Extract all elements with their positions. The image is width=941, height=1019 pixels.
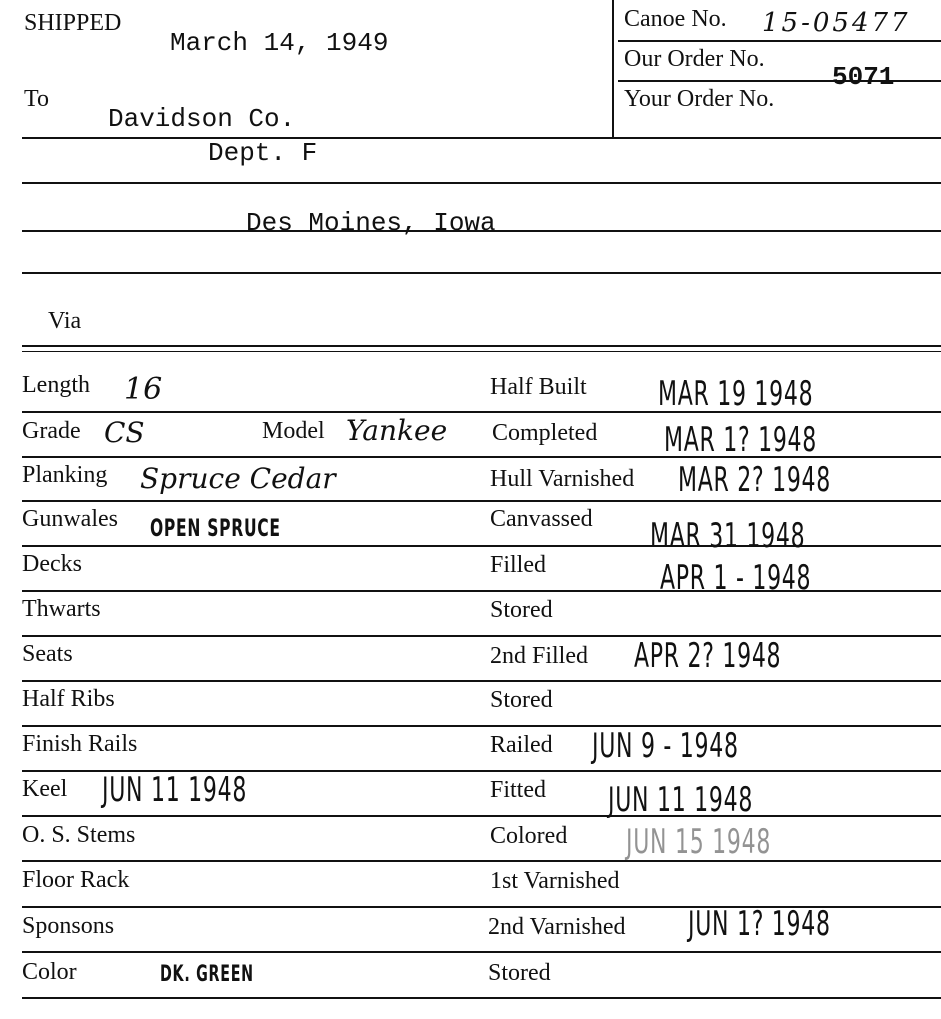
row-line-13	[22, 951, 941, 953]
spec-label-keel: Keel	[22, 776, 67, 803]
spec-value-colored: JUN 15 1948	[626, 822, 771, 862]
row-line-12	[22, 906, 941, 908]
spec-label-canvassed: Canvassed	[490, 506, 593, 533]
spec-value-2nd-filled: APR 2? 1948	[634, 636, 781, 676]
header-double-line-top	[22, 345, 941, 347]
spec-label-half-built: Half Built	[490, 374, 587, 401]
spec-label-half-ribs: Half Ribs	[22, 686, 115, 713]
spec-label-gunwales: Gunwales	[22, 506, 118, 533]
spec-value-hull-varnished: MAR 2? 1948	[678, 460, 831, 500]
via-label: Via	[48, 308, 81, 335]
spec-value-grade: CS	[104, 416, 145, 449]
row-line-11	[22, 860, 941, 862]
spec-label-finish-rails: Finish Rails	[22, 731, 137, 758]
spec-label-decks: Decks	[22, 551, 82, 578]
spec-label-2nd-filled: 2nd Filled	[490, 643, 588, 670]
shipped-label: SHIPPED	[24, 10, 121, 37]
row-line-1	[22, 411, 941, 413]
row-line-7	[22, 680, 941, 682]
row-line-8	[22, 725, 941, 727]
spec-value-length: 16	[124, 372, 162, 407]
spec-label-2nd-varnished: 2nd Varnished	[488, 914, 626, 941]
row-line-6	[22, 635, 941, 637]
order-box-divider	[612, 0, 614, 137]
spec-label-planking: Planking	[22, 462, 107, 489]
spec-value-half-built: MAR 19 1948	[658, 374, 813, 414]
canoe-no-value: 15-05477	[762, 8, 911, 38]
spec-value-fitted: JUN 11 1948	[608, 780, 753, 820]
spec-label-stored-2: Stored	[490, 687, 553, 714]
spec-label-railed: Railed	[490, 732, 553, 759]
canoe-no-label: Canoe No.	[624, 6, 727, 33]
spec-value-color: DK. GREEN	[160, 962, 254, 987]
our-order-value: 5071	[832, 62, 894, 92]
our-order-label: Our Order No.	[624, 46, 765, 73]
your-order-label: Your Order No.	[624, 86, 774, 113]
spec-label-stored-1: Stored	[490, 597, 553, 624]
row-line-9	[22, 770, 941, 772]
spec-label-colored: Colored	[490, 823, 567, 850]
address-line-1	[22, 137, 941, 139]
recipient-dept: Dept. F	[208, 138, 317, 168]
spec-label-stored-3: Stored	[488, 960, 551, 987]
row-line-3	[22, 500, 941, 502]
spec-value-completed: MAR 1? 1948	[664, 420, 817, 460]
spec-label-sponsons: Sponsons	[22, 913, 114, 940]
address-line-4	[22, 272, 941, 274]
spec-label-filled: Filled	[490, 552, 546, 579]
recipient-name: Davidson Co.	[108, 104, 295, 134]
to-label: To	[24, 86, 49, 113]
spec-label-completed: Completed	[492, 420, 597, 447]
spec-label-length: Length	[22, 372, 90, 399]
row-line-4	[22, 545, 941, 547]
spec-label-os-stems: O. S. Stems	[22, 822, 135, 849]
spec-value-2nd-varnished: JUN 1? 1948	[688, 904, 831, 944]
spec-label-fitted: Fitted	[490, 777, 546, 804]
row-line-2	[22, 456, 941, 458]
shipped-date: March 14, 1949	[170, 28, 388, 58]
spec-label-1st-varnished: 1st Varnished	[490, 868, 620, 895]
spec-label-grade: Grade	[22, 418, 81, 445]
spec-value-keel: JUN 11 1948	[102, 770, 247, 810]
address-line-3	[22, 230, 941, 232]
spec-label-color: Color	[22, 959, 77, 986]
spec-value-planking: Spruce Cedar	[140, 462, 336, 495]
row-line-10	[22, 815, 941, 817]
spec-value-canvassed: MAR 31 1948	[650, 516, 805, 556]
row-line-14	[22, 997, 941, 999]
address-line-2	[22, 182, 941, 184]
spec-label-hull-varnished: Hull Varnished	[490, 466, 634, 493]
recipient-city: Des Moines, Iowa	[246, 208, 496, 238]
spec-label-seats: Seats	[22, 641, 73, 668]
spec-value-gunwales: OPEN SPRUCE	[150, 514, 281, 542]
order-box-line-2	[618, 80, 941, 82]
spec-value-model: Yankee	[346, 414, 447, 447]
spec-value-railed: JUN 9 - 1948	[592, 726, 739, 766]
spec-label-floor-rack: Floor Rack	[22, 867, 129, 894]
spec-value-filled: APR 1 - 1948	[660, 558, 811, 598]
header-double-line-bottom	[22, 351, 941, 352]
spec-label-model: Model	[262, 418, 325, 445]
spec-label-thwarts: Thwarts	[22, 596, 101, 623]
order-box-line-1	[618, 40, 941, 42]
row-line-5	[22, 590, 941, 592]
